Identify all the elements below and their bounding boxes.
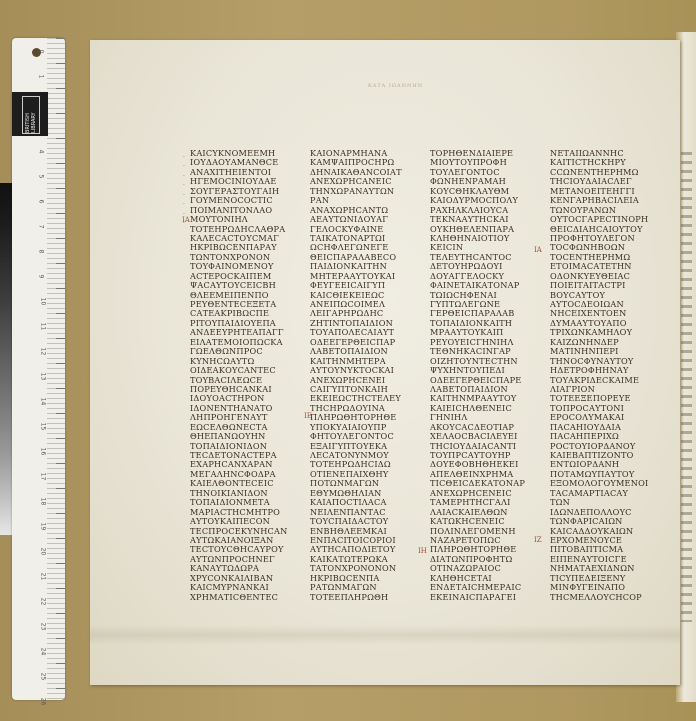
library-label: BRITISH LIBRARY [12, 92, 48, 136]
adjacent-leaf-text [681, 152, 692, 622]
margin-note: ΙΑ [182, 216, 190, 224]
ruler-tick-label: 20 [39, 548, 46, 556]
ruler-tick-label: 22 [39, 598, 46, 606]
text-line: ΧΡΗΜΑΤΙCΘΕΝΤΕC [190, 593, 302, 602]
ruler-tick-label: 24 [39, 648, 46, 656]
text-column-1: ΚΑΙCΥΚΝΟΜΕΕΜΗΙΟΥΔΑΟΥΑΜΑΝΘCΕΑΝΑΧΙΤΗΕΙΕΝΤΟ… [190, 149, 302, 602]
manuscript-page: ΚΑΤΑ ΙΩΑΝΝΗΝ ········ ΙΑ ΙΕ ΙΑ ΙΖ ΙΗ ΚΑΙ… [90, 40, 680, 685]
ruler-tick-label: 4 [37, 150, 44, 154]
ruler-tick-label: 9 [37, 275, 44, 279]
text-column-2: ΚΑΙΟΝΑΡΜΗΑΝΑΚΑΜΨΑΙΠΡΟCΗΡΩΔΗΝΑΙΚΑΘΑΝCΟΙΑΤ… [310, 149, 422, 602]
running-head: ΚΑΤΑ ΙΩΑΝΝΗΝ [368, 83, 423, 89]
ruler-numbers: 0123456789101112131415161718192021222324… [39, 38, 51, 700]
text-column-3: ΤΟΡΗΘΕΝΔΙΑΙΕΡΕΜΙΟΥΤΟΥΠΡΟΦΗΤΟΥΛΕΓΟΝΤΟCΦΩΝ… [430, 149, 542, 602]
ruler-tick-label: 18 [39, 498, 46, 506]
ruler-tick-label: 7 [37, 225, 44, 229]
ruler-tick-label: 13 [39, 373, 46, 381]
text-line: ΕΚΕΙΝΑΙCΠΑΡΑΓΕΙ [430, 593, 542, 602]
ruler-tick-label: 17 [39, 473, 46, 481]
text-column-4: ΝΕΤΑΙΙΩΑΝΝΗCΚΑΙΤΙCΤΗCΚΗΡΥCCΩΝΕΝΤΗΕΡΗΜΩΤΗ… [550, 149, 662, 602]
ruler-tick-label: 21 [39, 573, 46, 581]
page-crease [90, 625, 680, 645]
ruler-tick-label: 26 [39, 698, 46, 706]
ruler-tick-label: 14 [39, 398, 46, 406]
ruler-tick-label: 16 [39, 448, 46, 456]
library-label-text: BRITISH LIBRARY [22, 96, 40, 134]
ruler-tick-label: 1 [37, 75, 44, 79]
ruler-tick-label: 15 [39, 423, 46, 431]
ruler-tick-label: 12 [39, 348, 46, 356]
ruler-tick-label: 5 [37, 175, 44, 179]
ruler-tick-label: 11 [39, 323, 46, 331]
ruler-tick-label: 23 [39, 623, 46, 631]
measuring-ruler: 0123456789101112131415161718192021222324… [12, 38, 65, 700]
ruler-tick-label: 0 [37, 50, 44, 54]
text-line: ΤΟΤΕΕΠΛΗΡΩΘΗ [310, 593, 422, 602]
ruler-tick-label: 10 [39, 298, 46, 306]
ruler-tick-label: 6 [37, 200, 44, 204]
ruler-tick-label: 25 [39, 673, 46, 681]
ruler-major-ticks [56, 38, 65, 700]
ruler-tick-label: 19 [39, 523, 46, 531]
text-line: ΤΗCΜΕΛΛΟΥCΗCΟΡ [550, 593, 662, 602]
ruler-tick-label: 8 [37, 250, 44, 254]
